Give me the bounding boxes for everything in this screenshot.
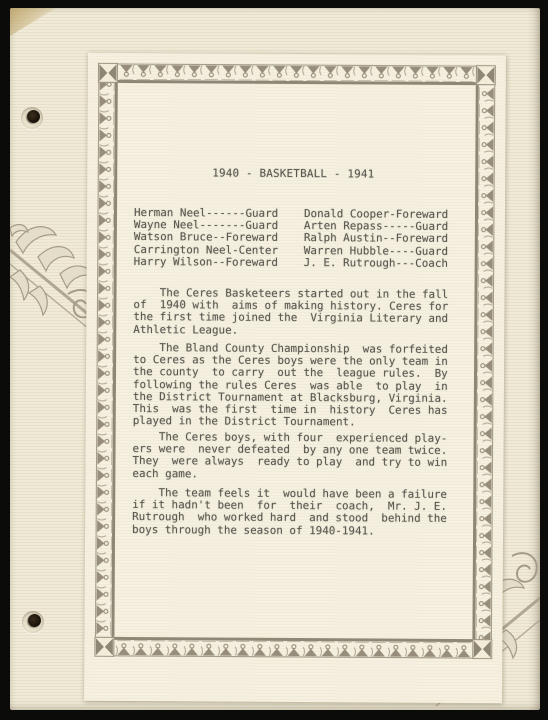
scrapbook-page: 1940 - BASKETBALL - 1941 Herman Neel----… — [10, 8, 540, 710]
scrapbook-photo: 1940 - BASKETBALL - 1941 Herman Neel----… — [0, 0, 548, 720]
paragraph-county-championship: The Bland County Championship was forfei… — [133, 342, 448, 429]
paragraph-never-defeated: The Ceres boys, with four experienced pl… — [132, 431, 447, 482]
hole-punch-bottom — [22, 611, 44, 633]
document-title: 1940 - BASKETBALL - 1941 — [212, 167, 374, 180]
certificate-paper: 1940 - BASKETBALL - 1941 Herman Neel----… — [84, 53, 506, 704]
hole-punch-opening — [27, 110, 40, 123]
paragraph-season-start: The Ceres Basketeers started out in the … — [133, 287, 448, 338]
hole-punch-opening — [28, 614, 41, 627]
hole-punch-top — [21, 107, 43, 129]
page-corner-fold — [10, 8, 56, 36]
paragraph-coach-tribute: The team feels it would have been a fail… — [132, 487, 447, 538]
roster-right-column: Donald Cooper-Foreward Arten Repass-----… — [304, 208, 449, 270]
roster-left-column: Herman Neel------Guard Wayne Neel-------… — [134, 207, 279, 269]
